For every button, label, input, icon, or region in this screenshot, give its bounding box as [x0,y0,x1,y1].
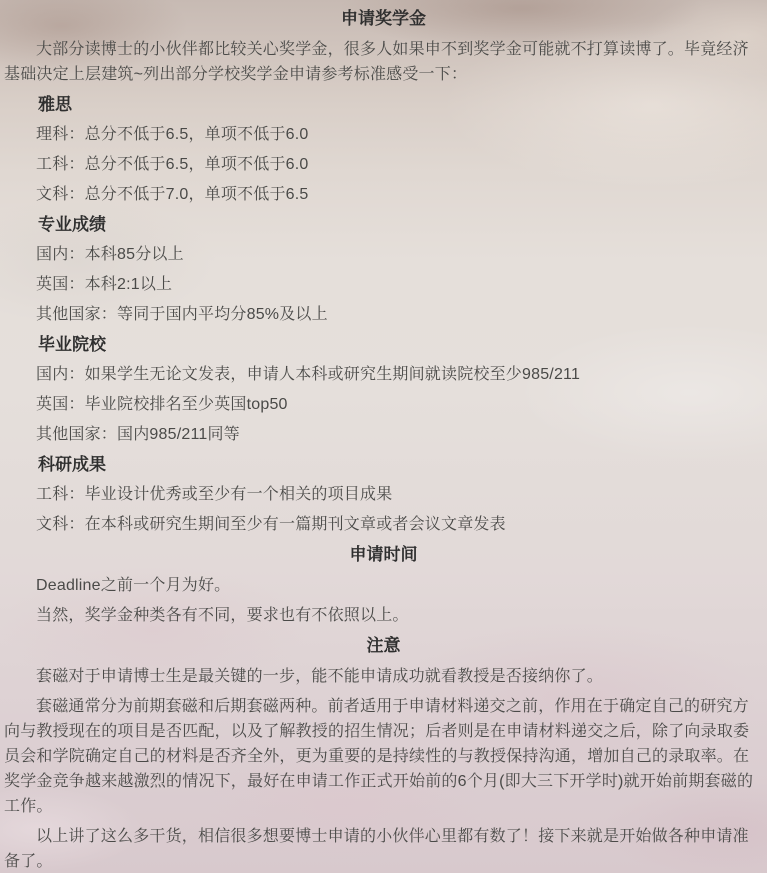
article-title: 申请奖学金 [4,6,763,31]
timing-paragraph-note: 当然，奖学金种类各有不同，要求也有不依照以上。 [4,603,763,628]
ielts-item-science: 理科：总分不低于6.5，单项不低于6.0 [4,122,763,147]
section-heading-graduation-school: 毕业院校 [4,332,763,357]
section-heading-research-results: 科研成果 [4,452,763,477]
section-heading-major-grades: 专业成绩 [4,212,763,237]
section-heading-notice: 注意 [4,633,763,658]
section-heading-ielts: 雅思 [4,92,763,117]
school-item-domestic: 国内：如果学生无论文发表，申请人本科或研究生期间就读院校至少985/211 [4,362,763,387]
ielts-item-engineering: 工科：总分不低于6.5，单项不低于6.0 [4,152,763,177]
notice-paragraph-closing: 以上讲了这么多干货，相信很多想要博士申请的小伙伴心里都有数了！接下来就是开始做各… [4,824,763,873]
section-heading-application-time: 申请时间 [4,542,763,567]
grades-item-uk: 英国：本科2:1以上 [4,272,763,297]
ielts-item-liberal-arts: 文科：总分不低于7.0，单项不低于6.5 [4,182,763,207]
notice-paragraph-key-step: 套磁对于申请博士生是最关键的一步，能不能申请成功就看教授是否接纳你了。 [4,664,763,689]
grades-item-domestic: 国内：本科85分以上 [4,242,763,267]
school-item-uk: 英国：毕业院校排名至少英国top50 [4,392,763,417]
notice-paragraph-taoci-detail: 套磁通常分为前期套磁和后期套磁两种。前者适用于申请材料递交之前，作用在于确定自己… [4,694,763,819]
research-item-engineering: 工科：毕业设计优秀或至少有一个相关的项目成果 [4,482,763,507]
timing-paragraph-deadline: Deadline之前一个月为好。 [4,573,763,598]
research-item-liberal-arts: 文科：在本科或研究生期间至少有一篇期刊文章或者会议文章发表 [4,512,763,537]
grades-item-other-countries: 其他国家：等同于国内平均分85%及以上 [4,302,763,327]
intro-paragraph: 大部分读博士的小伙伴都比较关心奖学金，很多人如果申不到奖学金可能就不打算读博了。… [4,37,763,87]
school-item-other-countries: 其他国家：国内985/211同等 [4,422,763,447]
article-page: 申请奖学金 大部分读博士的小伙伴都比较关心奖学金，很多人如果申不到奖学金可能就不… [0,0,767,873]
